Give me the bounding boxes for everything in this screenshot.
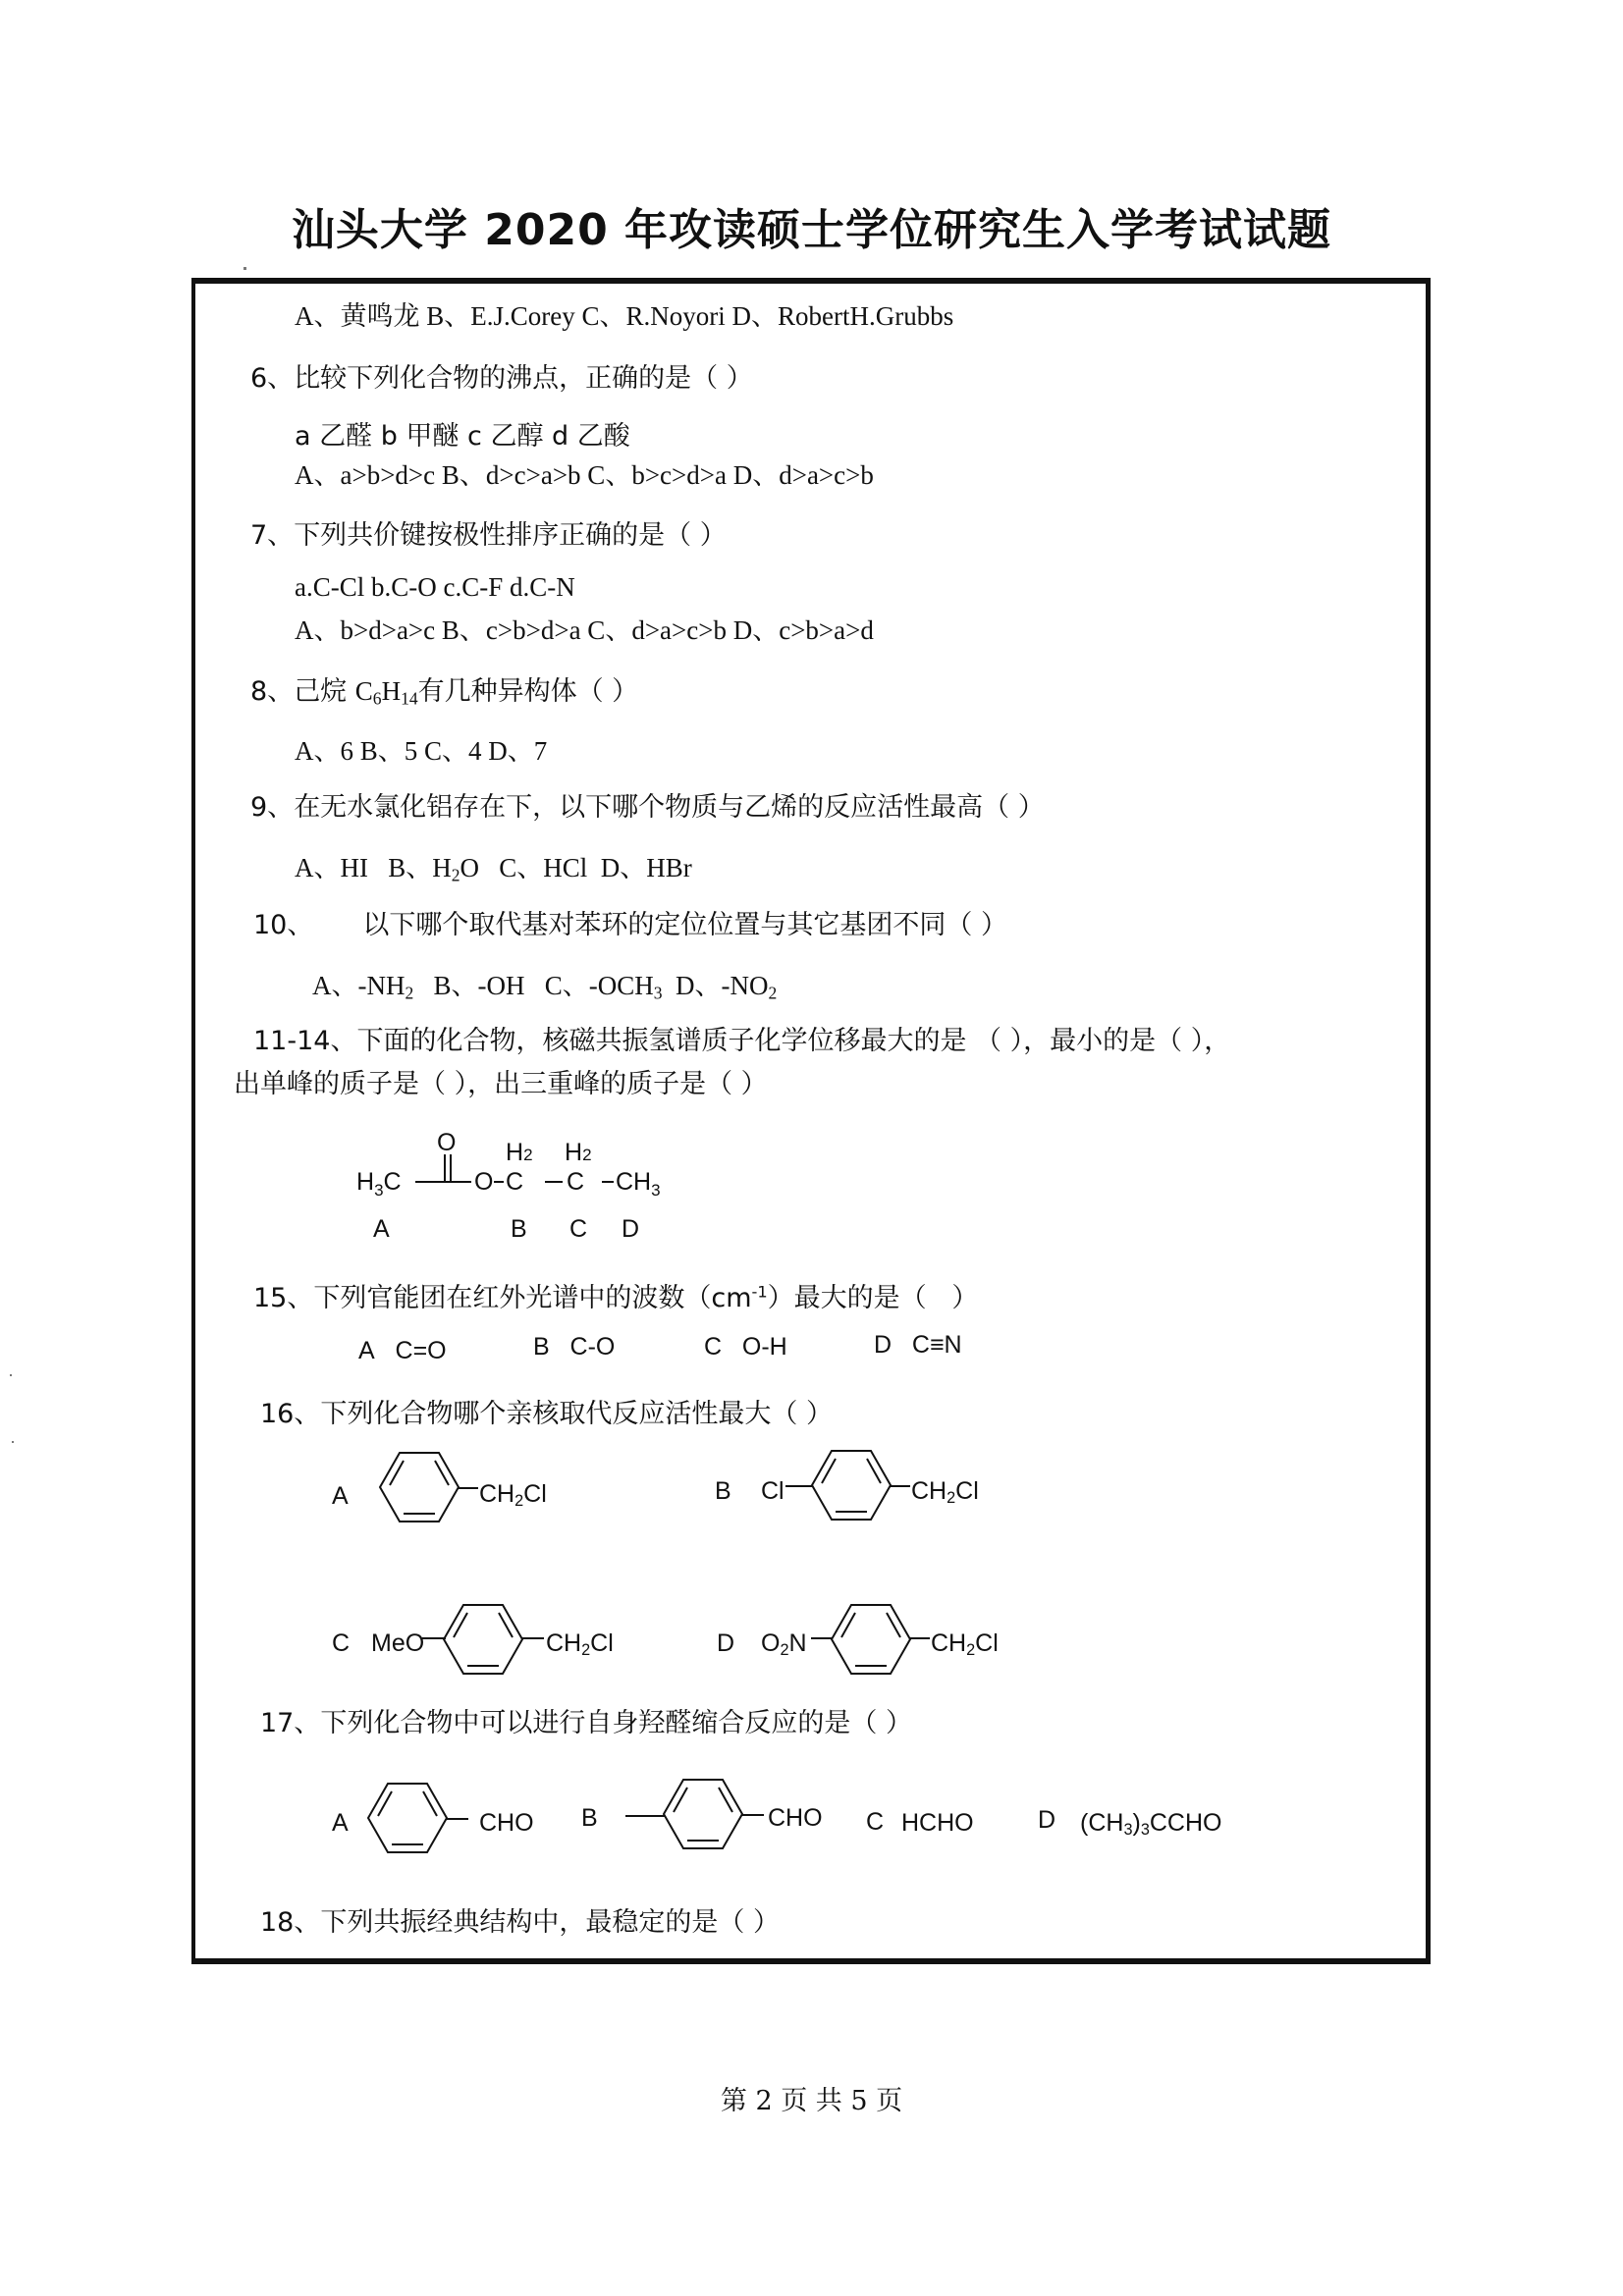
q6-stem: 6、比较下列化合物的沸点，正确的是（ ）	[250, 356, 753, 395]
q10-stem: 10、以下哪个取代基对苯环的定位位置与其它基团不同（ ）	[253, 903, 1007, 941]
svg-text:CH3: CH3	[616, 1168, 661, 1200]
q17-stem: 17、下列化合物中可以进行自身羟醛缩合反应的是（ ）	[260, 1701, 912, 1739]
benzene-ring-icon	[378, 1448, 466, 1526]
q7-options: A、b>d>a>c B、c>b>d>a C、d>a>c>b D、c>b>a>d	[295, 609, 874, 647]
q17-option-c-text: HCHO	[901, 1809, 974, 1838]
q16-option-b-left: Cl	[761, 1477, 784, 1506]
q7-stem: 7、下列共价键按极性排序正确的是（ ）	[250, 513, 727, 552]
scan-speck	[243, 267, 246, 270]
exam-title: 汕头大学 2020 年攻读硕士学位研究生入学考试试题	[0, 194, 1623, 257]
benzene-ring-icon	[830, 1600, 918, 1679]
q8-stem: 8、己烷 C6H14有几种异构体（ ）	[250, 669, 638, 709]
q16-option-d-left: O2N	[761, 1629, 807, 1660]
q17-option-a-group: CHO	[479, 1809, 534, 1838]
q15-stem: 15、下列官能团在红外光谱中的波数（cm-1）最大的是（ ）	[253, 1276, 978, 1314]
q16-option-a-letter: A	[332, 1482, 349, 1511]
svg-text:O: O	[474, 1168, 493, 1196]
svg-text:H3C: H3C	[356, 1168, 402, 1200]
q10-number: 10、	[253, 910, 313, 940]
q16-option-b-right: CH2Cl	[911, 1477, 979, 1508]
q11-14-stem-line1: 11-14、下面的化合物，核磁共振氢谱质子化学位移最大的是 （ ），最小的是（ …	[253, 1019, 1230, 1057]
q9-number: 9、	[250, 792, 294, 823]
svg-text:C: C	[506, 1168, 523, 1196]
q16-stem: 16、下列化合物哪个亲核取代反应活性最大（ ）	[260, 1392, 833, 1430]
svg-text:C: C	[567, 1168, 584, 1196]
svg-text:O: O	[437, 1129, 456, 1156]
q18-number: 18、	[260, 1907, 320, 1938]
q9-options: A、HI B、H2O C、HCl D、HBr	[295, 846, 692, 885]
q7-items: a.C-Cl b.C-O c.C-F d.C-N	[295, 572, 575, 603]
label-B: B	[511, 1215, 527, 1243]
q5-options: A、黄鸣龙 B、E.J.Corey C、R.Noyori D、RobertH.G…	[295, 294, 953, 333]
benzene-ring-icon	[662, 1775, 750, 1853]
label-D: D	[622, 1215, 639, 1243]
q11-14-stem-line2: 出单峰的质子是（ ），出三重峰的质子是（ ）	[234, 1062, 768, 1100]
q11-14-number: 11-14、	[253, 1026, 356, 1056]
benzene-ring-icon	[366, 1779, 455, 1857]
scan-speck	[10, 1374, 12, 1376]
svg-text:H2: H2	[565, 1139, 592, 1166]
q9-stem-text: 在无水氯化铝存在下，以下哪个物质与乙烯的反应活性最高（ ）	[294, 792, 1045, 823]
q17-option-a-letter: A	[332, 1809, 349, 1838]
q16-option-d-right: CH2Cl	[931, 1629, 999, 1660]
q16-option-c-left: MeO	[371, 1629, 424, 1658]
q9-stem: 9、在无水氯化铝存在下，以下哪个物质与乙烯的反应活性最高（ ）	[250, 785, 1045, 824]
q16-option-b-letter: B	[715, 1477, 731, 1506]
label-A: A	[373, 1215, 390, 1243]
q6-options: A、a>b>d>c B、d>c>a>b C、b>c>d>a D、d>a>c>b	[295, 454, 874, 492]
q15-number: 15、	[253, 1283, 313, 1313]
q15-option-d: D C≡N	[874, 1331, 962, 1360]
q8-formula: C6H14	[355, 676, 418, 706]
scan-speck	[12, 1441, 14, 1443]
q6-stem-text: 比较下列化合物的沸点，正确的是（ ）	[294, 363, 753, 394]
q16-option-c-letter: C	[332, 1629, 350, 1658]
q6-number: 6、	[250, 363, 294, 394]
q18-stem: 18、下列共振经典结构中，最稳定的是（ ）	[260, 1900, 780, 1939]
q10-stem-text: 以下哪个取代基对苯环的定位位置与其它基团不同（ ）	[362, 910, 1007, 940]
q15-option-c: C O-H	[704, 1333, 787, 1362]
q16-option-c-right: CH2Cl	[546, 1629, 614, 1660]
benzene-ring-icon	[810, 1446, 898, 1524]
benzene-ring-icon	[442, 1600, 530, 1679]
q16-option-a-substituent: CH2Cl	[479, 1480, 547, 1511]
q8-number: 8、	[250, 676, 294, 707]
q17-option-c-letter: C	[866, 1808, 884, 1837]
q15-option-b: B C-O	[533, 1333, 615, 1362]
q17-option-b-group: CHO	[768, 1804, 823, 1833]
propyl-acetate-structure: H3C O O C H2 C H2 CH3 A B C D	[349, 1129, 682, 1247]
q8-options: A、6 B、5 C、4 D、7	[295, 729, 547, 768]
q7-number: 7、	[250, 520, 294, 551]
q7-stem-text: 下列共价键按极性排序正确的是（ ）	[294, 520, 727, 551]
svg-text:H2: H2	[506, 1139, 533, 1166]
q17-number: 17、	[260, 1708, 320, 1738]
label-C: C	[569, 1215, 587, 1243]
q17-option-d-text: (CH3)3CCHO	[1080, 1809, 1221, 1840]
q6-items: a 乙醛 b 甲醚 c 乙醇 d 乙酸	[295, 414, 630, 453]
q17-option-b-letter: B	[581, 1804, 598, 1833]
q16-number: 16、	[260, 1399, 320, 1429]
q10-options: A、-NH2 B、-OH C、-OCH3 D、-NO2	[312, 964, 777, 1003]
q17-option-d-letter: D	[1038, 1806, 1055, 1835]
q16-option-d-letter: D	[717, 1629, 734, 1658]
page-indicator: 第 2 页 共 5 页	[0, 2079, 1623, 2117]
q15-option-a: A C=O	[358, 1337, 447, 1365]
